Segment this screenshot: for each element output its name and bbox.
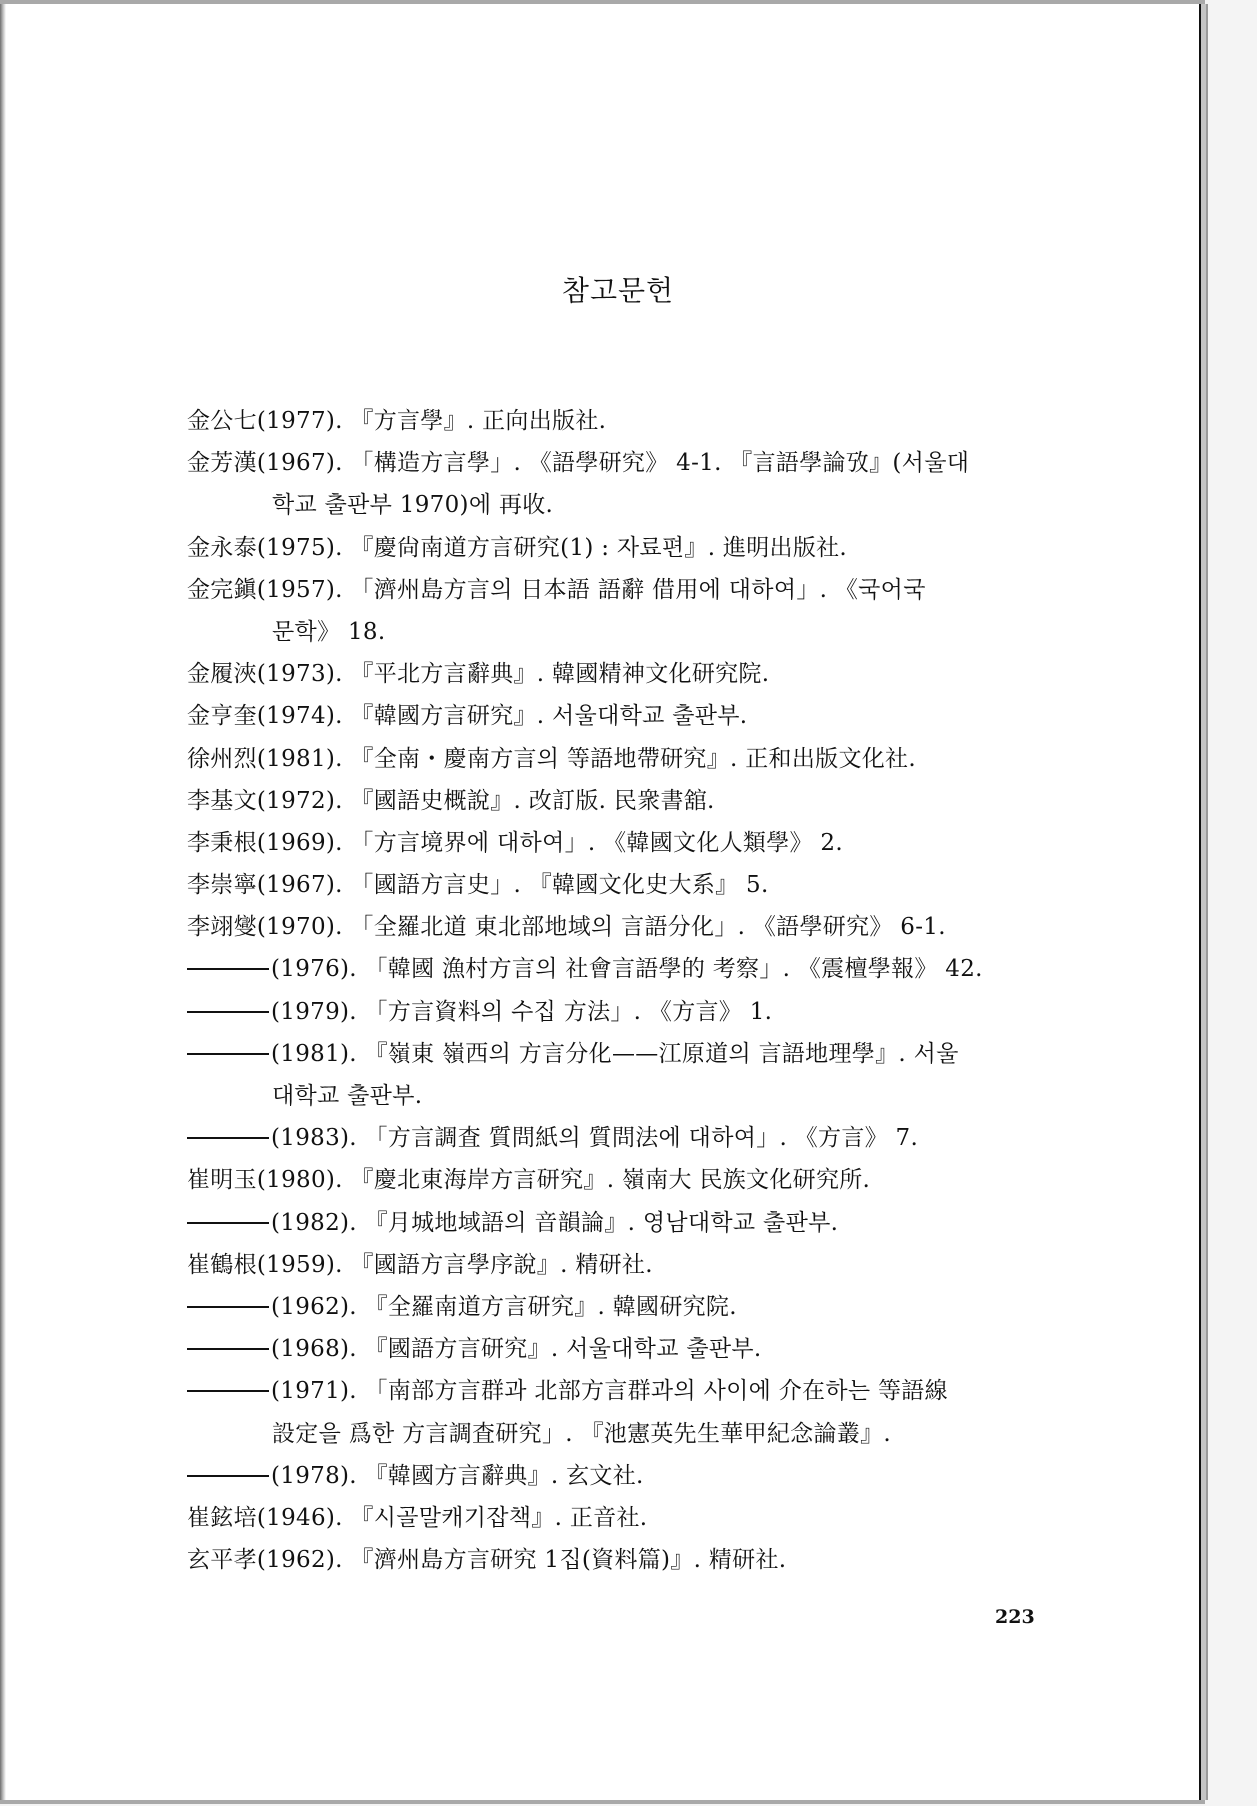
repeat-author-dash — [187, 1306, 269, 1308]
reference-line: (1962). 『全羅南道方言研究』. 韓國研究院. — [187, 1286, 1049, 1328]
repeat-author-dash — [187, 1348, 269, 1350]
reference-line: 金履浹(1973). 『平北方言辭典』. 韓國精神文化研究院. — [187, 653, 1049, 695]
reference-line: (1976). 「韓國 漁村方言의 社會言語學的 考察」. 《震檀學報》 42. — [187, 948, 1049, 990]
reference-author: 徐州烈 — [187, 746, 257, 772]
reference-list: 金公七(1977). 『方言學』. 正向出版社. 金芳漢(1967). 「構造方… — [187, 400, 1049, 1581]
page-title: 참고문헌 — [0, 270, 1236, 312]
reference-text: (1981). 『嶺東 嶺西의 方言分化——江原道의 言語地理學』. 서울 — [271, 1041, 959, 1067]
reference-line: (1968). 『國語方言研究』. 서울대학교 출판부. — [187, 1328, 1049, 1370]
reference-author: 崔鶴根 — [187, 1252, 257, 1278]
reference-line: (1982). 『月城地域語의 音韻論』. 영남대학교 출판부. — [187, 1202, 1049, 1244]
reference-line: 李崇寧(1967). 「國語方言史」. 『韓國文化史大系』 5. — [187, 864, 1049, 906]
reference-author: 李翊燮 — [187, 914, 257, 940]
reference-text: (1974). 『韓國方言研究』. 서울대학교 출판부. — [257, 703, 748, 729]
reference-author: 崔明玉 — [187, 1167, 257, 1193]
reference-text: (1969). 「方言境界에 대하여」. 《韓國文化人類學》 2. — [257, 830, 843, 856]
reference-line: 金公七(1977). 『方言學』. 正向出版社. — [187, 400, 1049, 442]
reference-text: (1970). 「全羅北道 東北部地域의 言語分化」. 《語學研究》 6-1. — [257, 914, 946, 940]
reference-line: 設定을 爲한 方言調査研究」. 『池憲英先生華甲紀念論叢』. — [187, 1413, 1049, 1455]
repeat-author-dash — [187, 1011, 269, 1013]
reference-line: 崔鶴根(1959). 『國語方言學序說』. 精研社. — [187, 1244, 1049, 1286]
reference-line: 玄平孝(1962). 『濟州島方言研究 1집(資料篇)』. 精研社. — [187, 1539, 1049, 1581]
reference-author: 崔鉉培 — [187, 1505, 257, 1531]
reference-text: (1980). 『慶北東海岸方言研究』. 嶺南大 民族文化研究所. — [257, 1167, 870, 1193]
reference-line: 崔鉉培(1946). 『시골말캐기잡책』. 正音社. — [187, 1497, 1049, 1539]
reference-text: (1959). 『國語方言學序說』. 精研社. — [257, 1252, 653, 1278]
reference-text: (1971). 「南部方言群과 北部方言群과의 사이에 介在하는 等語線 — [271, 1378, 948, 1404]
repeat-author-dash — [187, 1222, 269, 1224]
reference-text: (1981). 『全南・慶南方言의 等語地帶研究』. 正和出版文化社. — [257, 746, 916, 772]
reference-text: (1957). 「濟州島方言의 日本語 語辭 借用에 대하여」. 《국어국 — [257, 577, 926, 603]
reference-line: 金芳漢(1967). 「構造方言學」. 《語學研究》 4-1. 『言語學論攷』(… — [187, 442, 1049, 484]
reference-text: (1946). 『시골말캐기잡책』. 正音社. — [257, 1505, 647, 1531]
reference-text: (1979). 「方言資料의 수집 方法」. 《方言》 1. — [271, 999, 772, 1025]
reference-text: 학교 출판부 1970)에 再收. — [272, 492, 553, 518]
page-bottom-edge — [0, 1800, 1205, 1804]
reference-text: (1973). 『平北方言辭典』. 韓國精神文化研究院. — [257, 661, 769, 687]
reference-author: 金公七 — [187, 408, 257, 434]
reference-author: 金亨奎 — [187, 703, 257, 729]
reference-author: 李基文 — [187, 788, 257, 814]
reference-text: 設定을 爲한 方言調査研究」. 『池憲英先生華甲紀念論叢』. — [272, 1421, 891, 1447]
reference-text: (1962). 『濟州島方言研究 1집(資料篇)』. 精研社. — [257, 1547, 786, 1573]
reference-line: 문학》 18. — [187, 611, 1049, 653]
reference-author: 金永泰 — [187, 535, 257, 561]
reference-author: 金履浹 — [187, 661, 257, 687]
reference-line: 金永泰(1975). 『慶尙南道方言研究(1) : 자료편』. 進明出版社. — [187, 527, 1049, 569]
reference-line: (1983). 「方言調査 質問紙의 質問法에 대하여」. 《方言》 7. — [187, 1117, 1049, 1159]
repeat-author-dash — [187, 1137, 269, 1139]
reference-line: 대학교 출판부. — [187, 1075, 1049, 1117]
reference-line: (1971). 「南部方言群과 北部方言群과의 사이에 介在하는 等語線 — [187, 1370, 1049, 1412]
reference-text: (1978). 『韓國方言辭典』. 玄文社. — [271, 1463, 644, 1489]
reference-text: (1962). 『全羅南道方言研究』. 韓國研究院. — [271, 1294, 737, 1320]
reference-line: (1978). 『韓國方言辭典』. 玄文社. — [187, 1455, 1049, 1497]
repeat-author-dash — [187, 968, 269, 970]
reference-line: 李基文(1972). 『國語史概說』. 改訂版. 民衆書舘. — [187, 780, 1049, 822]
reference-text: (1976). 「韓國 漁村方言의 社會言語學的 考察」. 《震檀學報》 42. — [271, 956, 983, 982]
reference-text: 문학》 18. — [272, 619, 385, 645]
reference-author: 金芳漢 — [187, 450, 257, 476]
repeat-author-dash — [187, 1475, 269, 1477]
reference-author: 李秉根 — [187, 830, 257, 856]
reference-text: (1967). 「構造方言學」. 《語學研究》 4-1. 『言語學論攷』(서울대 — [257, 450, 969, 476]
reference-author: 金完鎭 — [187, 577, 257, 603]
reference-line: (1979). 「方言資料의 수집 方法」. 《方言》 1. — [187, 991, 1049, 1033]
repeat-author-dash — [187, 1390, 269, 1392]
reference-text: (1968). 『國語方言研究』. 서울대학교 출판부. — [271, 1336, 762, 1362]
reference-text: (1972). 『國語史概說』. 改訂版. 民衆書舘. — [257, 788, 715, 814]
reference-text: (1975). 『慶尙南道方言研究(1) : 자료편』. 進明出版社. — [257, 535, 847, 561]
reference-text: (1983). 「方言調査 質問紙의 質問法에 대하여」. 《方言》 7. — [271, 1125, 918, 1151]
reference-line: (1981). 『嶺東 嶺西의 方言分化——江原道의 言語地理學』. 서울 — [187, 1033, 1049, 1075]
page-number: 223 — [995, 1603, 1035, 1631]
repeat-author-dash — [187, 1053, 269, 1055]
reference-text: (1982). 『月城地域語의 音韻論』. 영남대학교 출판부. — [271, 1210, 838, 1236]
reference-line: 金亨奎(1974). 『韓國方言研究』. 서울대학교 출판부. — [187, 695, 1049, 737]
reference-author: 李崇寧 — [187, 872, 257, 898]
reference-text: 대학교 출판부. — [272, 1083, 422, 1109]
reference-author: 玄平孝 — [187, 1547, 257, 1573]
reference-line: 崔明玉(1980). 『慶北東海岸方言研究』. 嶺南大 民族文化研究所. — [187, 1159, 1049, 1201]
reference-text: (1977). 『方言學』. 正向出版社. — [257, 408, 606, 434]
reference-text: (1967). 「國語方言史」. 『韓國文化史大系』 5. — [257, 872, 769, 898]
reference-line: 金完鎭(1957). 「濟州島方言의 日本語 語辭 借用에 대하여」. 《국어국 — [187, 569, 1049, 611]
reference-line: 李翊燮(1970). 「全羅北道 東北部地域의 言語分化」. 《語學研究》 6-… — [187, 906, 1049, 948]
reference-line: 학교 출판부 1970)에 再收. — [187, 484, 1049, 526]
reference-line: 徐州烈(1981). 『全南・慶南方言의 等語地帶研究』. 正和出版文化社. — [187, 738, 1049, 780]
reference-line: 李秉根(1969). 「方言境界에 대하여」. 《韓國文化人類學》 2. — [187, 822, 1049, 864]
